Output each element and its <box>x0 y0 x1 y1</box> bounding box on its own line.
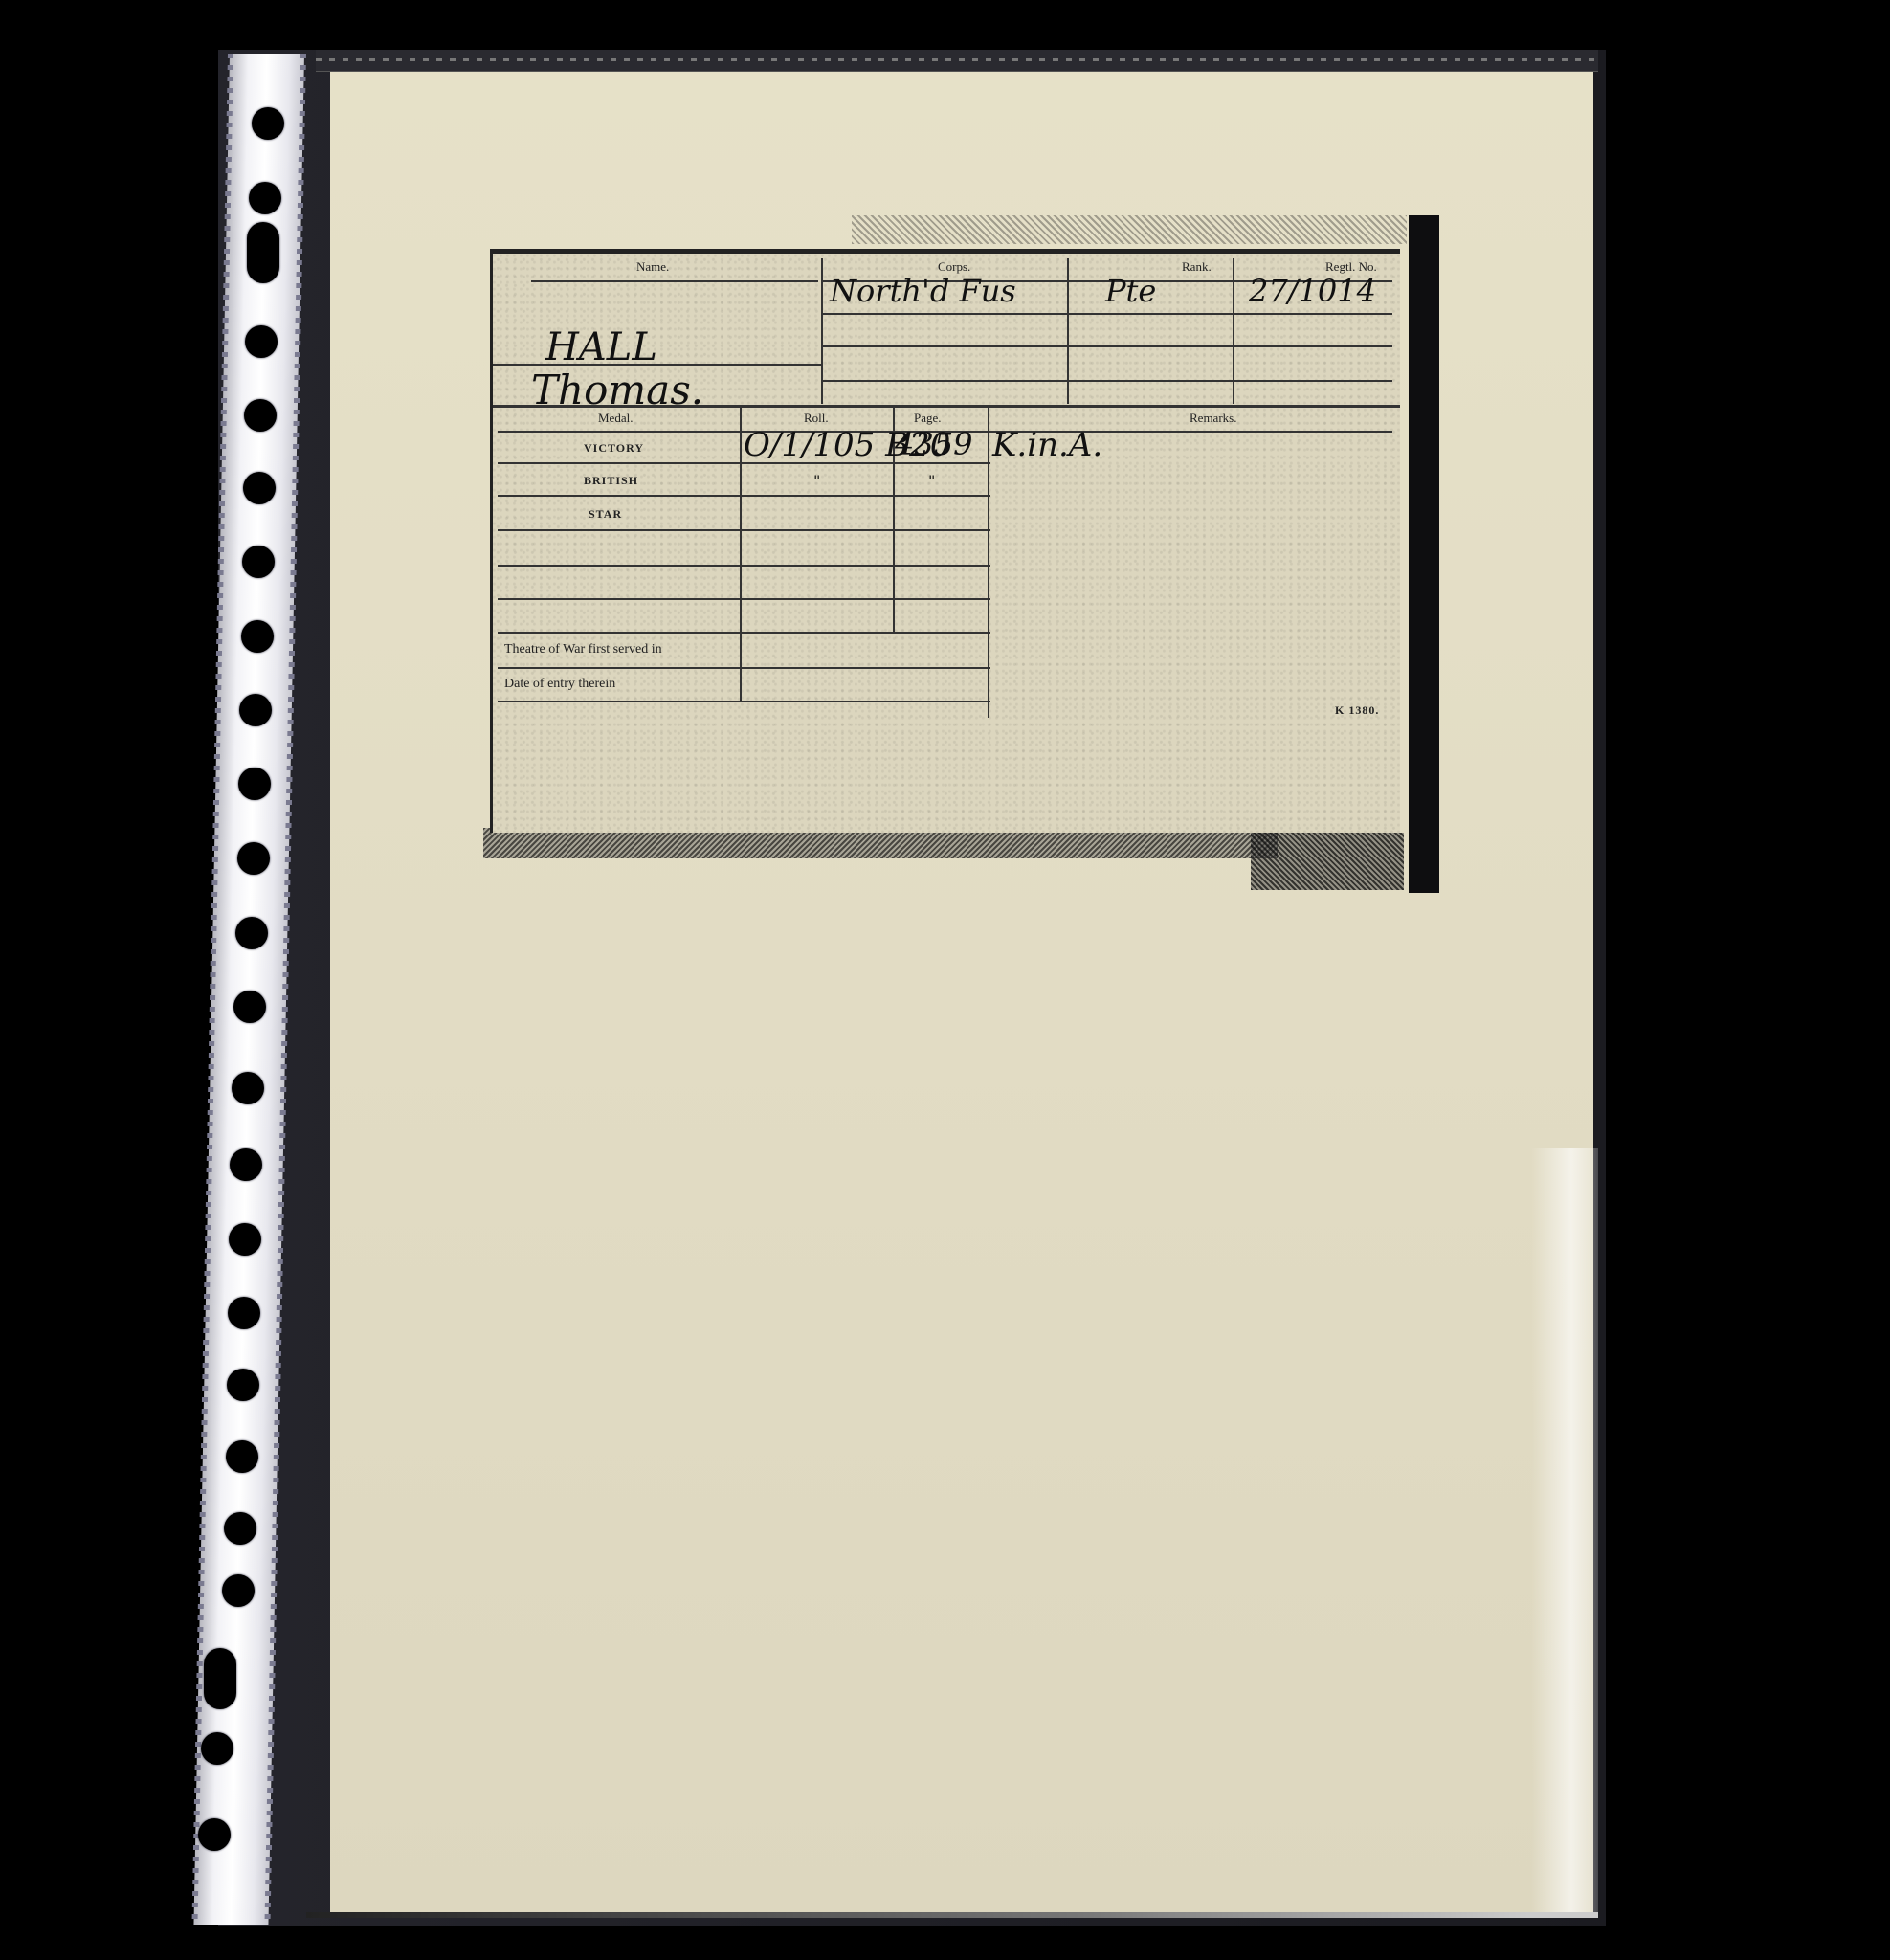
binder-hole <box>241 620 274 653</box>
binder-slot-hole <box>247 222 279 283</box>
binder-hole <box>249 182 281 214</box>
binder-hole <box>198 1818 231 1851</box>
regtl-no-value: 27/1014 <box>1249 273 1376 309</box>
binder-hole <box>237 842 270 875</box>
header-name: Name. <box>636 259 669 275</box>
header-page: Page. <box>914 411 942 426</box>
header-remarks: Remarks. <box>1190 411 1236 426</box>
binder-hole <box>232 1072 264 1104</box>
photocopy-shadow <box>1251 833 1404 890</box>
binder-hole <box>243 472 276 504</box>
binder-hole <box>222 1574 255 1607</box>
binder-hole <box>226 1440 258 1473</box>
header-rank: Rank. <box>1182 259 1212 275</box>
binder-hole <box>235 917 268 949</box>
binder-hole <box>238 768 271 800</box>
form-number: K 1380. <box>1335 703 1379 718</box>
british-page-ditto: " <box>928 472 935 490</box>
binder-hole <box>228 1297 260 1329</box>
surname: HALL <box>545 325 657 369</box>
remarks-value: K.in.A. <box>992 426 1102 464</box>
medal-victory-label: VICTORY <box>584 441 644 456</box>
rank-value: Pte <box>1105 273 1156 309</box>
theatre-label: Theatre of War first served in <box>504 642 662 657</box>
medal-british-label: BRITISH <box>584 474 638 488</box>
date-entry-label: Date of entry therein <box>504 677 615 692</box>
binder-hole <box>201 1732 233 1765</box>
binder-hole <box>233 991 266 1023</box>
medal-index-card: Name. Corps. Rank. Regtl. No. HALL Thoma… <box>474 215 1445 895</box>
binder-hole <box>227 1369 259 1401</box>
binder-hole <box>229 1223 261 1256</box>
victory-page: 4359 <box>895 426 972 462</box>
corps-value: North'd Fus <box>830 273 1016 309</box>
sleeve-top-seam <box>316 50 1598 72</box>
binder-hole <box>244 399 277 432</box>
card-body: Name. Corps. Rank. Regtl. No. HALL Thoma… <box>490 249 1400 833</box>
binder-hole <box>245 325 278 358</box>
sleeve-bottom-edge <box>306 1912 1598 1918</box>
binder-hole <box>230 1148 262 1181</box>
binder-hole <box>242 546 275 578</box>
forename: Thomas. <box>531 367 703 413</box>
header-roll: Roll. <box>804 411 829 426</box>
binder-slot-hole <box>204 1648 236 1709</box>
binder-hole <box>239 694 272 726</box>
british-roll-ditto: " <box>813 472 820 490</box>
medal-star-label: STAR <box>589 507 622 522</box>
binder-hole <box>224 1512 256 1545</box>
photocopy-shadow <box>852 215 1407 244</box>
header-medal: Medal. <box>598 411 633 426</box>
binder-hole <box>252 107 284 140</box>
photocopy-black-edge <box>1409 215 1439 893</box>
sleeve-glare <box>1531 1148 1598 1914</box>
